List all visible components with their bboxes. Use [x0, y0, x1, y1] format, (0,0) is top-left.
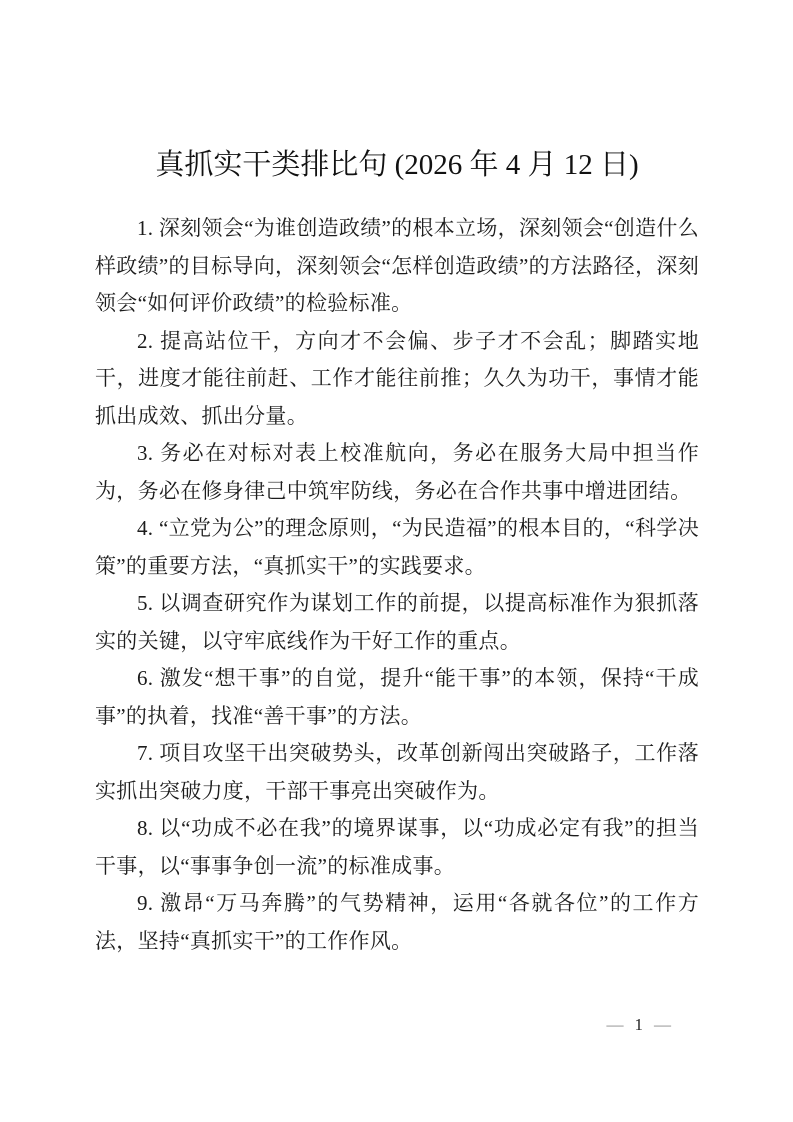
paragraph-4: 4. “立党为公”的理念原则，“为民造福”的根本目的，“科学决策”的重要方法，“…: [95, 510, 699, 585]
paragraph-8: 8. 以“功成不必在我”的境界谋事，以“功成必定有我”的担当干事，以“事事争创一…: [95, 810, 699, 885]
paragraph-2: 2. 提高站位干，方向才不会偏、步子才不会乱；脚踏实地干，进度才能往前赶、工作才…: [95, 323, 699, 436]
footer-right-dash: —: [654, 1015, 671, 1034]
footer-left-dash: —: [607, 1015, 624, 1034]
document-page: 真抓实干类排比句 (2026 年 4 月 12 日) 1. 深刻领会“为谁创造政…: [0, 0, 793, 1122]
document-body: 真抓实干类排比句 (2026 年 4 月 12 日) 1. 深刻领会“为谁创造政…: [95, 146, 699, 960]
paragraph-3: 3. 务必在对标对表上校准航向，务必在服务大局中担当作为，务必在修身律己中筑牢防…: [95, 435, 699, 510]
page-footer: —1—: [607, 1013, 672, 1037]
paragraph-1: 1. 深刻领会“为谁创造政绩”的根本立场，深刻领会“创造什么样政绩”的目标导向，…: [95, 210, 699, 323]
paragraph-7: 7. 项目攻坚干出突破势头，改革创新闯出突破路子，工作落实抓出突破力度，干部干事…: [95, 735, 699, 810]
paragraph-6: 6. 激发“想干事”的自觉，提升“能干事”的本领，保持“干成事”的执着，找准“善…: [95, 660, 699, 735]
document-title: 真抓实干类排比句 (2026 年 4 月 12 日): [95, 146, 699, 184]
paragraph-9: 9. 激昂“万马奔腾”的气势精神，运用“各就各位”的工作方法，坚持“真抓实干”的…: [95, 885, 699, 960]
paragraph-5: 5. 以调查研究作为谋划工作的前提，以提高标准作为狠抓落实的关键，以守牢底线作为…: [95, 585, 699, 660]
page-number: 1: [624, 1015, 655, 1034]
